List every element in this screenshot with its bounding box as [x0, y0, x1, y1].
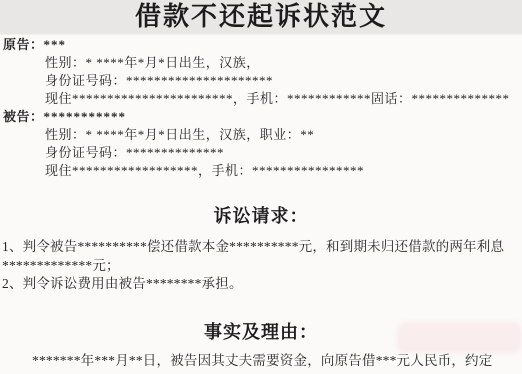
- title-band: 借款不还起诉状范文: [0, 0, 522, 35]
- defendant-heading: 被告：***********: [0, 108, 522, 126]
- defendant-label: 被告：: [3, 109, 44, 124]
- defendant-id-line: 身份证号码：**************: [0, 144, 522, 162]
- document-page: 借款不还起诉状范文 原告：*** 性别：* ****年*月*日出生，汉族， 身份…: [0, 0, 522, 374]
- plaintiff-address-line: 现住***********************，手机：***********…: [0, 90, 522, 108]
- facts-section-heading: 事实及理由：: [0, 321, 522, 343]
- claim-line-1: 1、判令被告**********偿还借款本金**********元，和到期未归还…: [0, 238, 522, 257]
- defendant-address-line: 现住******************，手机：****************: [0, 162, 522, 180]
- claims-section-heading: 诉讼请求：: [0, 205, 522, 227]
- defendant-name: ***********: [44, 109, 127, 124]
- defendant-gender-line: 性别：* ****年*月*日出生，汉族，职业：**: [0, 126, 522, 144]
- document-title: 借款不还起诉状范文: [0, 0, 522, 34]
- plaintiff-id-line: 身份证号码：*********************: [0, 72, 522, 90]
- plaintiff-label: 原告：: [3, 37, 44, 52]
- plaintiff-name: ***: [44, 37, 67, 52]
- facts-line-1: *******年***月**日，被告因其丈夫需要资金，向原告借***元人民币，约…: [0, 352, 522, 371]
- plaintiff-heading: 原告：***: [0, 36, 522, 54]
- plaintiff-gender-line: 性别：* ****年*月*日出生，汉族，: [0, 54, 522, 72]
- claim-line-1-wrap: *************元；: [0, 257, 522, 276]
- document-body: 原告：*** 性别：* ****年*月*日出生，汉族， 身份证号码：******…: [0, 36, 522, 370]
- claim-line-2: 2、判令诉讼费用由被告********承担。: [0, 275, 522, 294]
